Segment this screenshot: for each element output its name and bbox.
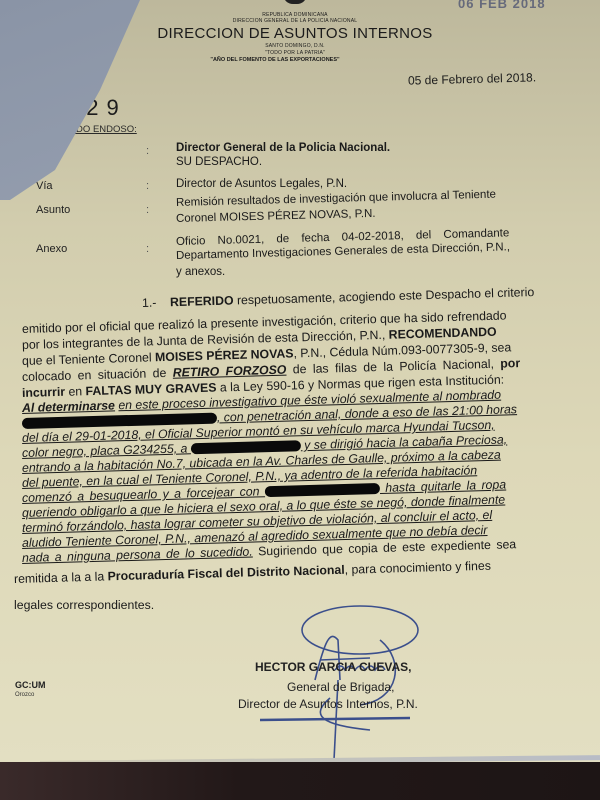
coat-of-arms-icon xyxy=(283,0,307,4)
signatory-title: Director de Asuntos Internos, P.N. xyxy=(238,697,418,711)
field-label: Asunto xyxy=(36,204,70,216)
paragraph-number: 1.- xyxy=(142,296,157,310)
redaction-bar xyxy=(191,440,301,454)
redaction-bar xyxy=(265,483,380,497)
field-value: Director General de la Policia Nacional. xyxy=(176,141,390,155)
document-page: 06 FEB 2018 REPUBLICA DOMINICANA DIRECCI… xyxy=(0,0,600,765)
typist-name: Orozco xyxy=(15,692,34,698)
reference-initials: GC:UM xyxy=(15,680,46,690)
field-value: Director de Asuntos Legales, P.N. xyxy=(176,177,347,191)
field-value: y anexos. xyxy=(176,265,225,279)
received-stamp: 06 FEB 2018 xyxy=(458,0,546,11)
background-surface xyxy=(0,762,600,800)
field-value: Coronel MOISES PÉREZ NOVAS, P.N. xyxy=(176,207,376,226)
colon: : xyxy=(146,180,149,192)
colon: : xyxy=(146,145,149,157)
field-label: Anexo xyxy=(36,243,67,255)
body-line-0: 1.- REFERIDO respetuosamente, acogiendo … xyxy=(142,285,535,310)
signatory-name: HECTOR GARCIA CUEVAS, xyxy=(255,660,411,674)
field-value: SU DESPACHO. xyxy=(176,155,262,169)
colon: : xyxy=(146,243,149,255)
document-date: 05 de Febrero del 2018. xyxy=(408,70,536,87)
field-label: Vía xyxy=(36,180,53,192)
body-line-18: legales correspondientes. xyxy=(14,598,154,612)
colon: : xyxy=(146,204,149,216)
signatory-rank: General de Brigada, xyxy=(287,680,394,694)
